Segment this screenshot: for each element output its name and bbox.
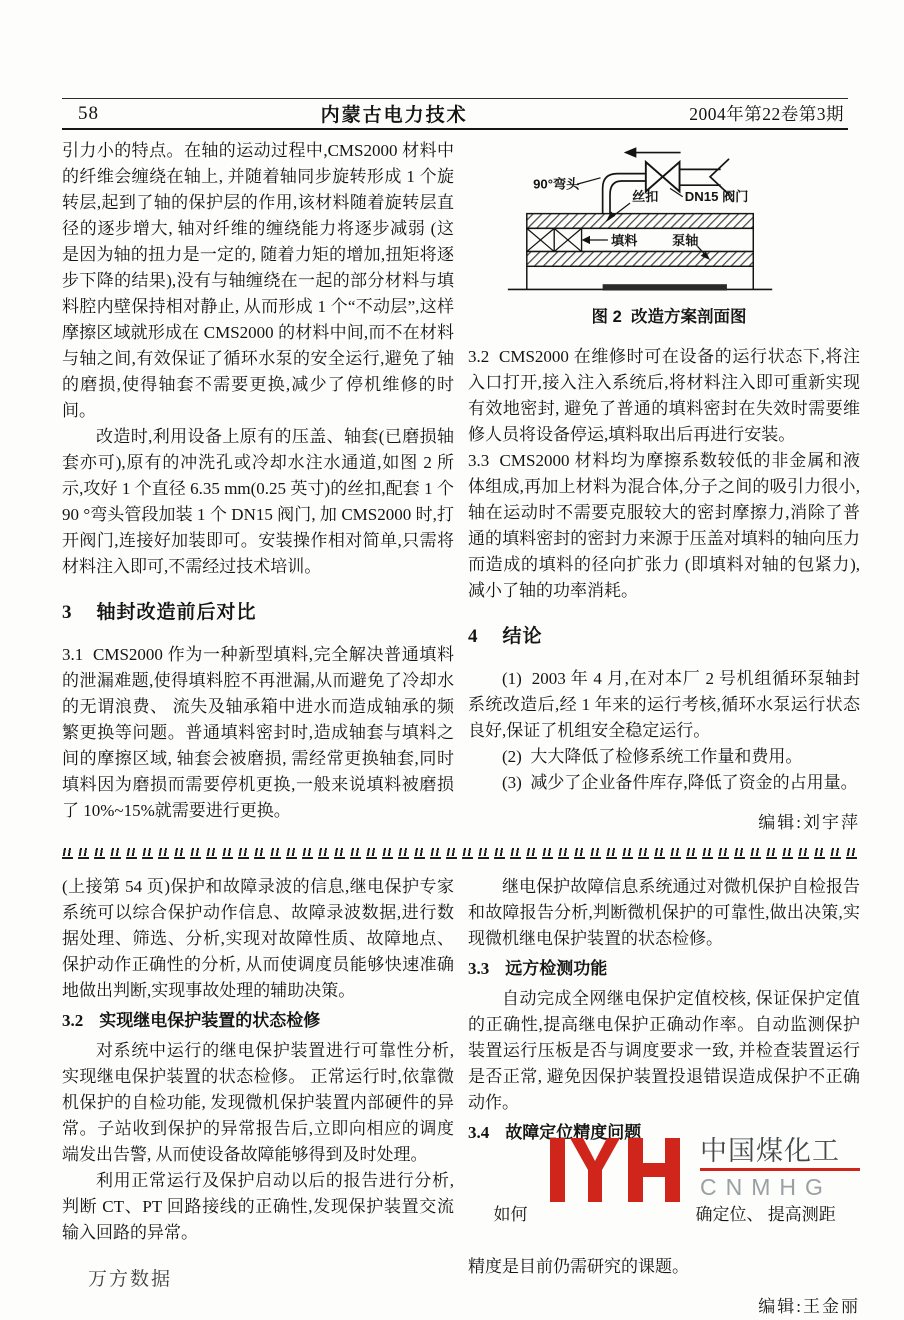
paragraph-remote-check: 自动完成全网继电保护定值校核, 保证保护定值的正确性,提高继电保护正确动作率。自…: [468, 986, 860, 1116]
cnmhg-logo-icon: [548, 1134, 698, 1212]
obscured-line-2-start: 如何: [494, 1205, 528, 1224]
section-title: 结论: [503, 626, 543, 647]
logo-h-crossbar: [643, 1163, 665, 1177]
watermark-red-rule: [700, 1168, 860, 1171]
editor-credit-article1: 编辑:刘宇萍: [468, 810, 860, 836]
label-elbow: 90°弯头: [533, 175, 580, 191]
base-dark-segment: [603, 284, 727, 290]
paragraph-3-1: 3.1 CMS2000 作为一种新型填料,完全解决普通填料的泄漏难题,使得填料腔…: [62, 642, 454, 824]
obscured-text-line-3: 精度是目前仍需研究的课题。: [468, 1254, 860, 1280]
journal-title: 内蒙古电力技术: [321, 100, 468, 127]
heading-title: 远方检测功能: [505, 959, 607, 978]
logo-bar-left: [550, 1138, 565, 1202]
heading-number: 3.3: [468, 959, 489, 978]
section-divider: [62, 848, 858, 859]
article1-left-column: 引力小的特点。在轴的运动过程中,CMS2000 材料中的纤维会缠绕在轴上, 并随…: [62, 138, 454, 824]
flow-arrow-head: [624, 147, 637, 158]
wanfang-data-brand: 万方数据: [88, 1264, 172, 1291]
article2-right-column: 继电保护故障信息系统通过对微机保护自检报告和故障报告分析,判断微机保护的可靠性,…: [468, 874, 860, 1320]
watermark-text-block: 中国煤化工 CNMHG: [700, 1136, 860, 1202]
section-number: 4: [468, 626, 479, 647]
page-number: 58: [64, 103, 99, 125]
paragraph-ct-pt: 利用正常运行及保护启动以后的报告进行分析,判断 CT、PT 回路接线的正确性,发…: [62, 1168, 454, 1246]
paragraph-reliability: 对系统中运行的继电保护装置进行可靠性分析,实现继电保护装置的状态检修。 正常运行…: [62, 1038, 454, 1168]
article1-right-column: 90°弯头 丝扣 DN15 阀门 填料 泵轴 图 2 改造方案剖面图 3.2 C…: [468, 138, 860, 836]
conclusion-item-3: (3) 减少了企业备件库存,降低了资金的占用量。: [468, 770, 860, 796]
middle-band: [527, 228, 753, 251]
section-title: 轴封改造前后对比: [97, 602, 257, 623]
cnmhg-watermark: 中国煤化工 CNMHG: [548, 1134, 860, 1218]
figure-2-caption: 图 2 改造方案剖面图: [504, 304, 834, 330]
paragraph-continued-from-54: (上接第 54 页)保护和故障录波的信息,继电保护专家系统可以综合保护动作信息、…: [62, 874, 454, 1004]
paragraph-shaft-wrap: 引力小的特点。在轴的运动过程中,CMS2000 材料中的纤维会缠绕在轴上, 并随…: [62, 138, 454, 424]
heading-3-3: 3.3远方检测功能: [468, 956, 860, 982]
editor-credit-article2: 编辑:王金丽: [468, 1294, 860, 1320]
gland-bottom-band: [527, 252, 753, 267]
label-shaft: 泵轴: [672, 232, 698, 248]
watermark-cn-title: 中国煤化工: [700, 1136, 860, 1166]
article2-left-column: (上接第 54 页)保护和故障录波的信息,继电保护专家系统可以综合保护动作信息、…: [62, 874, 454, 1246]
label-valve: DN15 阀门: [685, 188, 749, 204]
conclusion-item-1: (1) 2003 年 4 月,在对本厂 2 号机组循环泵轴封系统改造后,经 1 …: [468, 666, 860, 744]
logo-y-shape: [570, 1138, 620, 1202]
page-header: 58 内蒙古电力技术 2004年第22卷第3期: [62, 98, 848, 130]
paragraph-fault-info-system: 继电保护故障信息系统通过对微机保护自检报告和故障报告分析,判断微机保护的可靠性,…: [468, 874, 860, 952]
logo-h-left-bar: [628, 1138, 643, 1202]
section-4-heading: 4结论: [468, 624, 860, 650]
issue-info: 2004年第22卷第3期: [689, 101, 846, 126]
heading-title: 实现继电保护装置的状态检修: [99, 1011, 320, 1030]
gland-top-band: [527, 214, 753, 229]
valve-symbol: [646, 162, 663, 191]
heading-3-2: 3.2实现继电保护装置的状态检修: [62, 1008, 454, 1034]
heading-number: 3.4: [468, 1123, 489, 1142]
conclusion-item-2: (2) 大大降低了检修系统工作量和费用。: [468, 744, 860, 770]
heading-number: 3.2: [62, 1011, 83, 1030]
paragraph-3-3: 3.3 CMS2000 材料均为摩擦系数较低的非金属和液体组成,再加上材料为混合…: [468, 448, 860, 604]
figure-2: 90°弯头 丝扣 DN15 阀门 填料 泵轴 图 2 改造方案剖面图: [504, 142, 834, 330]
valve-symbol-right: [663, 162, 680, 191]
label-thread: 丝扣: [632, 188, 658, 204]
paragraph-3-2: 3.2 CMS2000 在维修时可在设备的运行状态下,将注入口打开,接入注入系统…: [468, 344, 860, 448]
watermark-latin: CNMHG: [700, 1172, 860, 1202]
label-packing: 填料: [611, 232, 638, 248]
section-number: 3: [62, 602, 73, 623]
logo-h-right-bar: [665, 1138, 680, 1202]
section-3-heading: 3轴封改造前后对比: [62, 600, 454, 626]
journal-page: 58 内蒙古电力技术 2004年第22卷第3期 引力小的特点。在轴的运动过程中,…: [0, 0, 904, 1320]
figure-2-diagram: 90°弯头 丝扣 DN15 阀门 填料 泵轴: [504, 142, 834, 300]
paragraph-retrofit: 改造时,利用设备上原有的压盖、轴套(已磨损轴套亦可),原有的冲洗孔或冷却水注水通…: [62, 424, 454, 580]
elbow-leader: [577, 178, 600, 184]
